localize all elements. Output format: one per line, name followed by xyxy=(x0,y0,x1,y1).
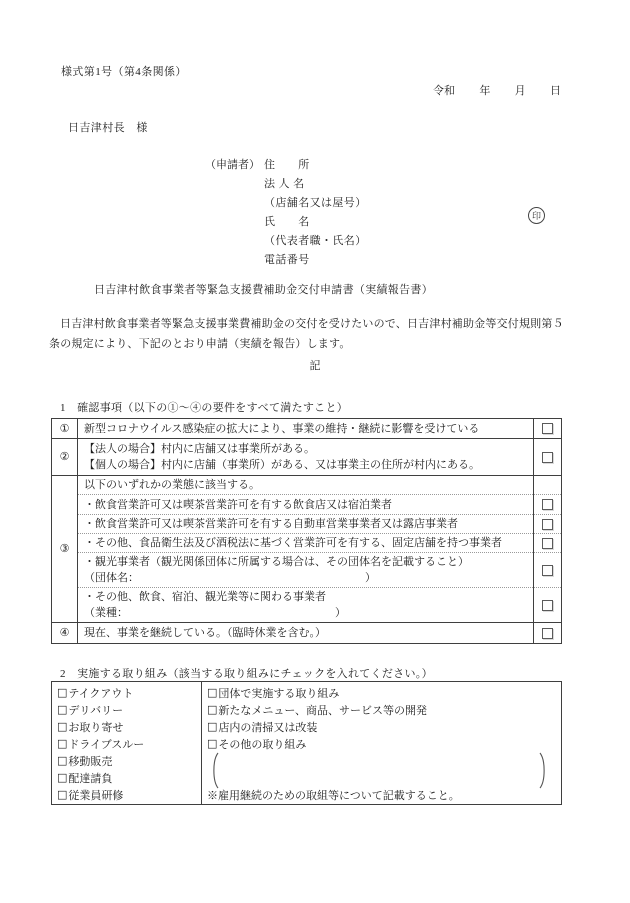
checkbox[interactable] xyxy=(542,565,553,576)
table-row: ② 【法人の場合】村内に店舗又は事業所がある。 【個人の場合】村内に店舗（事業所… xyxy=(52,439,562,476)
row-text-line1: ・観光事業者（観光関係団体に所属する場合は、その団体名を記載すること） xyxy=(84,554,527,570)
checklist-item-mailorder: □お取り寄せ xyxy=(57,718,201,735)
row-number: ④ xyxy=(52,623,78,644)
checklist-item-cleaning-renovation: □店内の清掃又は改装 xyxy=(207,718,561,735)
checkbox[interactable]: □ xyxy=(57,703,67,716)
row-text-line1: ・その他、飲食、宿泊、観光業等に関わる事業者 xyxy=(84,589,527,605)
representative-field-label: （代表者職・氏名） xyxy=(264,232,367,251)
checkbox[interactable] xyxy=(542,600,553,611)
date-line: 令和 年 月 日 xyxy=(433,82,561,98)
document-page: 様式第1号（第4条関係） 令和 年 月 日 日吉津村長 様 （申請者） 住 所 … xyxy=(0,0,630,903)
checklist-item-group-initiative: □団体で実施する取り組み xyxy=(207,684,561,701)
table-row: ・観光事業者（観光関係団体に所属する場合は、その団体名を記載すること） （団体名… xyxy=(52,553,562,588)
checkbox[interactable]: □ xyxy=(57,686,67,699)
group-name-input[interactable] xyxy=(139,570,365,586)
checkbox[interactable] xyxy=(542,538,553,549)
left-paren-icon xyxy=(209,752,220,789)
checkbox[interactable]: □ xyxy=(57,771,67,784)
row-text-line1: 【法人の場合】村内に店舗又は事業所がある。 xyxy=(84,441,527,457)
initiatives-right-column: □団体で実施する取り組み □新たなメニュー、商品、サービス等の開発 □店内の清掃… xyxy=(202,682,561,804)
industry-prefix: （業種： xyxy=(84,605,128,621)
confirmation-table: ① 新型コロナウイルス感染症の拡大により、事業の維持・継続に影響を受けている ②… xyxy=(51,418,562,644)
table-row: ④ 現在、事業を継続している。（臨時休業を含む。） xyxy=(52,623,562,644)
item-label: 団体で実施する取り組み xyxy=(218,685,339,701)
item-label: デリバリー xyxy=(68,702,123,718)
item-label: 配達請負 xyxy=(68,770,112,786)
checkbox[interactable] xyxy=(542,628,553,639)
row-number: ① xyxy=(52,419,78,439)
initiatives-left-column: □テイクアウト □デリバリー □お取り寄せ □ドライブスルー □移動販売 □配達… xyxy=(52,682,202,804)
employment-note: ※雇用継続のための取組等について記載すること。 xyxy=(207,789,561,804)
applicant-label: （申請者） xyxy=(205,156,264,270)
section1-heading: 1 確認事項（以下の①～④の要件をすべて満たすこと） xyxy=(60,399,348,415)
row-number: ② xyxy=(52,439,78,476)
other-initiatives-area xyxy=(209,752,549,789)
corporate-name-field-label: 法 人 名 xyxy=(264,175,367,194)
checklist-item-mobile-sales: □移動販売 xyxy=(57,752,201,769)
table-row: ・飲食営業許可又は喫茶営業許可を有する飲食店又は宿泊業者 xyxy=(52,495,562,515)
table-row: ③ 以下のいずれかの業態に該当する。 xyxy=(52,476,562,495)
right-paren-icon xyxy=(538,752,549,789)
checklist-item-delivery: □デリバリー xyxy=(57,701,201,718)
month-label: 月 xyxy=(515,82,526,98)
addressee: 日吉津村長 様 xyxy=(68,119,148,135)
body-paragraph: 日吉津村飲食事業者等緊急支援事業費補助金の交付を受けたいので、日吉津村補助金等交… xyxy=(49,314,585,354)
group-name-prefix: （団体名： xyxy=(84,570,139,586)
table-row: ① 新型コロナウイルス感染症の拡大により、事業の維持・継続に影響を受けている xyxy=(52,419,562,439)
row-text: 以下のいずれかの業態に該当する。 xyxy=(78,476,534,495)
checkbox[interactable]: □ xyxy=(57,754,67,767)
item-label: 新たなメニュー、商品、サービス等の開発 xyxy=(218,702,427,718)
table-row: ・その他、食品衛生法及び酒税法に基づく営業許可を有する、固定店舗を持つ事業者 xyxy=(52,534,562,553)
industry-input[interactable] xyxy=(128,605,335,621)
checklist-item-other-initiative: □その他の取り組み xyxy=(207,735,561,752)
checklist-item-delivery-contract: □配達請負 xyxy=(57,769,201,786)
shop-name-field-label: （店舗名又は屋号） xyxy=(264,194,367,213)
item-label: 移動販売 xyxy=(68,753,112,769)
row-text: 新型コロナウイルス感染症の拡大により、事業の維持・継続に影響を受けている xyxy=(78,419,534,439)
initiatives-table: □テイクアウト □デリバリー □お取り寄せ □ドライブスルー □移動販売 □配達… xyxy=(51,681,562,805)
item-label: お取り寄せ xyxy=(68,719,123,735)
row-text: ・飲食営業許可又は喫茶営業許可を有する飲食店又は宿泊業者 xyxy=(78,495,534,515)
item-label: ドライブスルー xyxy=(68,736,144,752)
checklist-item-new-menu: □新たなメニュー、商品、サービス等の開発 xyxy=(207,701,561,718)
row-text: ・その他、食品衛生法及び酒税法に基づく営業許可を有する、固定店舗を持つ事業者 xyxy=(78,534,534,553)
checklist-item-takeout: □テイクアウト xyxy=(57,684,201,701)
body-line-2: 条の規定により、下記のとおり申請（実績を報告）します。 xyxy=(49,334,585,354)
item-label: テイクアウト xyxy=(68,685,133,701)
other-initiatives-textarea[interactable] xyxy=(220,752,538,789)
body-line-1: 日吉津村飲食事業者等緊急支援事業費補助金の交付を受けたいので、日吉津村補助金等交… xyxy=(49,314,585,334)
era-label: 令和 xyxy=(433,82,455,98)
phone-field-label: 電話番号 xyxy=(264,251,367,270)
checkbox[interactable]: □ xyxy=(207,720,217,733)
group-name-suffix: ） xyxy=(365,570,376,586)
checklist-item-staff-training: □従業員研修 xyxy=(57,786,201,803)
checkbox[interactable]: □ xyxy=(207,703,217,716)
checkbox[interactable]: □ xyxy=(57,737,67,750)
checklist-item-drivethrough: □ドライブスルー xyxy=(57,735,201,752)
checkbox[interactable]: □ xyxy=(57,720,67,733)
day-label: 日 xyxy=(550,82,561,98)
industry-suffix: ） xyxy=(335,605,346,621)
address-field-label: 住 所 xyxy=(264,156,367,175)
form-number: 様式第1号（第4条関係） xyxy=(61,63,187,79)
checkbox[interactable] xyxy=(542,452,553,463)
checkbox[interactable] xyxy=(542,423,553,434)
row-text: ・飲食営業許可又は喫茶営業許可を有する自動車営業事業者又は露店事業者 xyxy=(78,515,534,534)
item-label: 店内の清掃又は改装 xyxy=(218,719,317,735)
row-number: ③ xyxy=(52,476,78,623)
item-label: 従業員研修 xyxy=(68,787,123,803)
table-row: ・飲食営業許可又は喫茶営業許可を有する自動車営業事業者又は露店事業者 xyxy=(52,515,562,534)
item-label: その他の取り組み xyxy=(218,736,306,752)
checkbox[interactable] xyxy=(542,499,553,510)
checkbox[interactable]: □ xyxy=(207,737,217,750)
year-label: 年 xyxy=(479,82,490,98)
seal-icon: 印 xyxy=(528,207,545,224)
name-field-label: 氏 名 xyxy=(264,213,367,232)
row-text: 現在、事業を継続している。（臨時休業を含む。） xyxy=(78,623,534,644)
record-mark: 記 xyxy=(0,357,630,373)
checkbox[interactable]: □ xyxy=(57,788,67,801)
applicant-block: （申請者） 住 所 法 人 名 （店舗名又は屋号） 氏 名 （代表者職・氏名） … xyxy=(205,156,367,270)
table-row: ・その他、飲食、宿泊、観光業等に関わる事業者 （業種： ） xyxy=(52,588,562,623)
checkbox[interactable] xyxy=(542,519,553,530)
checkbox[interactable]: □ xyxy=(207,686,217,699)
row-text-line2: 【個人の場合】村内に店舗（事業所）がある、又は事業主の住所が村内にある。 xyxy=(84,457,527,473)
document-title: 日吉津村飲食事業者等緊急支援費補助金交付申請書（実績報告書） xyxy=(94,281,433,297)
section2-heading: 2 実施する取り組み（該当する取り組みにチェックを入れてください。） xyxy=(60,665,433,681)
